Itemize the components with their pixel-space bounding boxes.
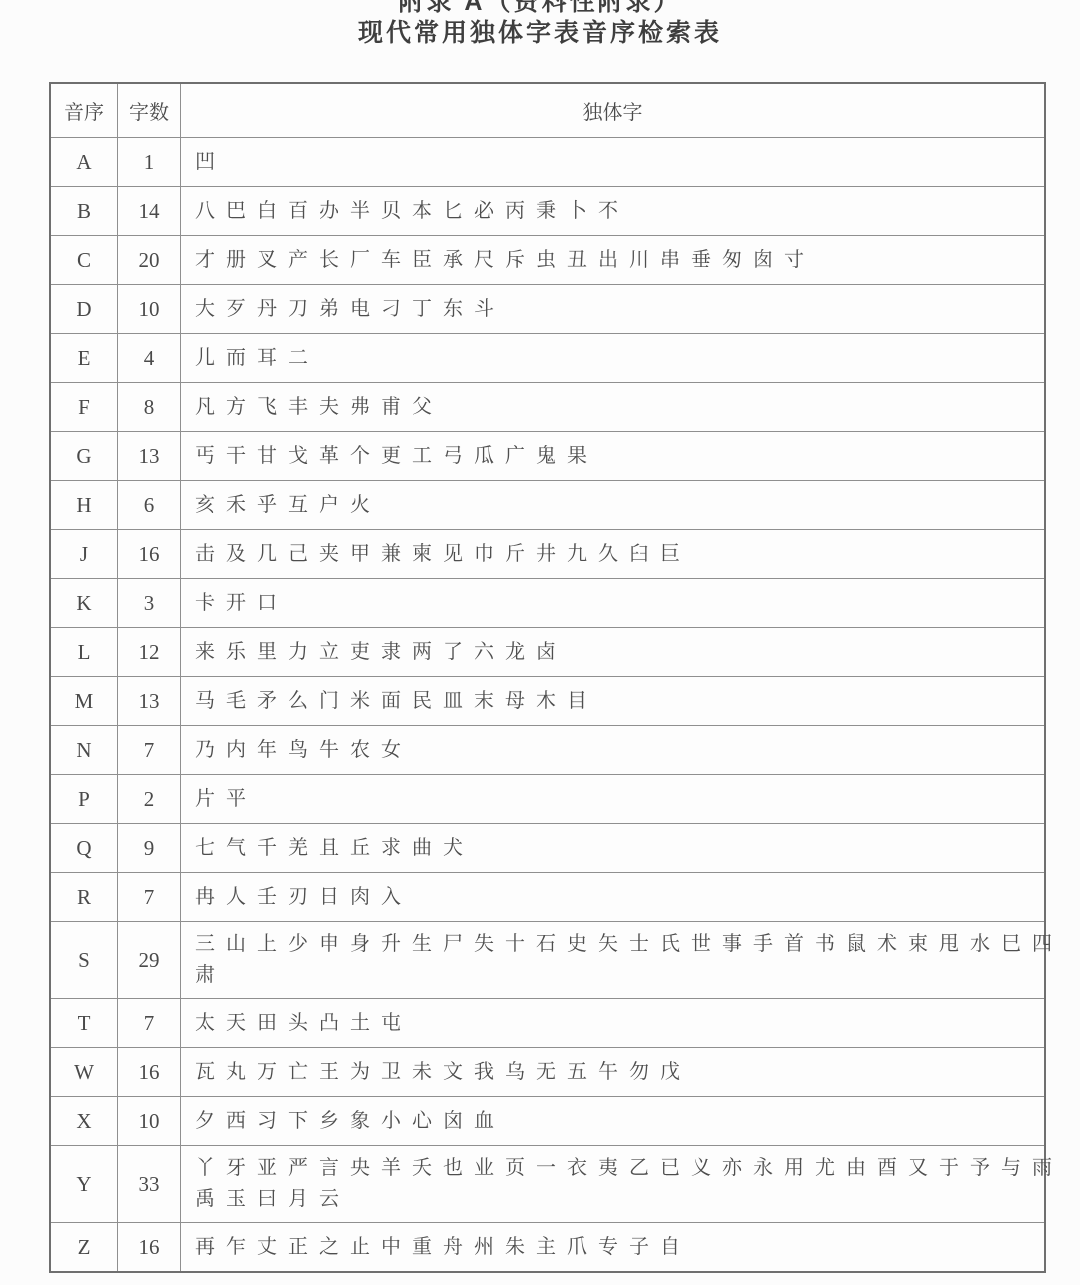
char-list: 凡 方 飞 丰 夫 弗 甫 父: [181, 383, 1044, 431]
char-count: 33: [118, 1146, 181, 1222]
pinyin-letter: E: [51, 334, 118, 382]
pinyin-letter: Z: [51, 1223, 118, 1271]
char-list: 乃 内 年 鸟 牛 农 女: [181, 726, 1044, 774]
pinyin-letter: H: [51, 481, 118, 529]
char-count: 16: [118, 1048, 181, 1096]
char-list: 瓦 丸 万 亡 王 为 卫 未 文 我 乌 无 五 午 勿 戊: [181, 1048, 1044, 1096]
table-title: 现代常用独体字表音序检索表: [0, 18, 1080, 49]
char-count: 20: [118, 236, 181, 284]
char-line: 再 乍 丈 正 之 止 中 重 舟 州 朱 主 爪 专 子 自: [195, 1232, 682, 1263]
char-line: 凹: [195, 147, 217, 178]
char-list: 三 山 上 少 申 身 升 生 尸 失 十 石 史 矢 士 氏 世 事 手 首 …: [181, 922, 1054, 998]
char-list: 冉 人 壬 刃 日 肉 入: [181, 873, 1044, 921]
char-count: 10: [118, 285, 181, 333]
pinyin-letter: B: [51, 187, 118, 235]
appendix-title: 附录 A（资料性附录）: [0, 0, 1080, 18]
pinyin-letter: Q: [51, 824, 118, 872]
table-row-R: R7冉 人 壬 刃 日 肉 入: [51, 873, 1044, 922]
char-count: 8: [118, 383, 181, 431]
char-line: 才 册 叉 产 长 厂 车 臣 承 尺 斥 虫 丑 出 川 串 垂 匆 囱 寸: [195, 245, 806, 276]
char-line: 儿 而 耳 二: [195, 343, 310, 374]
char-count: 12: [118, 628, 181, 676]
pinyin-letter: P: [51, 775, 118, 823]
char-list: 再 乍 丈 正 之 止 中 重 舟 州 朱 主 爪 专 子 自: [181, 1223, 1044, 1271]
char-list: 大 歹 丹 刀 弟 电 刁 丁 东 斗: [181, 285, 1044, 333]
pinyin-letter: D: [51, 285, 118, 333]
pinyin-letter: A: [51, 138, 118, 186]
char-list: 来 乐 里 力 立 吏 隶 两 了 六 龙 卤: [181, 628, 1044, 676]
char-count: 10: [118, 1097, 181, 1145]
table-header-row: 音序 字数 独体字: [51, 84, 1044, 138]
table-row-H: H6亥 禾 乎 互 户 火: [51, 481, 1044, 530]
char-line: 夕 西 习 下 乡 象 小 心 囟 血: [195, 1106, 496, 1137]
pinyin-letter: G: [51, 432, 118, 480]
table-row-X: X10夕 西 习 下 乡 象 小 心 囟 血: [51, 1097, 1044, 1146]
column-header-pinyin-order: 音序: [51, 84, 118, 137]
table-row-J: J16击 及 几 己 夹 甲 兼 柬 见 巾 斤 井 九 久 臼 巨: [51, 530, 1044, 579]
char-count: 16: [118, 530, 181, 578]
char-list: 马 毛 矛 么 门 米 面 民 皿 末 母 木 目: [181, 677, 1044, 725]
table-row-F: F8凡 方 飞 丰 夫 弗 甫 父: [51, 383, 1044, 432]
pinyin-letter: C: [51, 236, 118, 284]
char-list: 太 天 田 头 凸 土 屯: [181, 999, 1044, 1047]
pinyin-letter: F: [51, 383, 118, 431]
char-list: 儿 而 耳 二: [181, 334, 1044, 382]
table-row-Q: Q9七 气 千 羌 且 丘 求 曲 犬: [51, 824, 1044, 873]
char-index-table: 音序 字数 独体字 A1凹B14八 巴 白 百 办 半 贝 本 匕 必 丙 秉 …: [49, 82, 1046, 1273]
table-row-S: S29三 山 上 少 申 身 升 生 尸 失 十 石 史 矢 士 氏 世 事 手…: [51, 922, 1044, 999]
char-line: 八 巴 白 百 办 半 贝 本 匕 必 丙 秉 卜 不: [195, 196, 620, 227]
char-count: 13: [118, 432, 181, 480]
table-row-C: C20才 册 叉 产 长 厂 车 臣 承 尺 斥 虫 丑 出 川 串 垂 匆 囱…: [51, 236, 1044, 285]
char-count: 9: [118, 824, 181, 872]
table-row-K: K3卡 开 口: [51, 579, 1044, 628]
char-count: 2: [118, 775, 181, 823]
column-header-single-chars: 独体字: [181, 84, 1044, 137]
char-line: 来 乐 里 力 立 吏 隶 两 了 六 龙 卤: [195, 637, 558, 668]
table-row-M: M13马 毛 矛 么 门 米 面 民 皿 末 母 木 目: [51, 677, 1044, 726]
table-row-L: L12来 乐 里 力 立 吏 隶 两 了 六 龙 卤: [51, 628, 1044, 677]
table-row-P: P2片 平: [51, 775, 1044, 824]
char-line: 马 毛 矛 么 门 米 面 民 皿 末 母 木 目: [195, 686, 589, 717]
pinyin-letter: L: [51, 628, 118, 676]
table-row-E: E4儿 而 耳 二: [51, 334, 1044, 383]
char-line: 亥 禾 乎 互 户 火: [195, 490, 372, 521]
table-row-N: N7乃 内 年 鸟 牛 农 女: [51, 726, 1044, 775]
char-list: 片 平: [181, 775, 1044, 823]
table-row-A: A1凹: [51, 138, 1044, 187]
table-row-T: T7太 天 田 头 凸 土 屯: [51, 999, 1044, 1048]
table-row-Z: Z16再 乍 丈 正 之 止 中 重 舟 州 朱 主 爪 专 子 自: [51, 1223, 1044, 1271]
pinyin-letter: W: [51, 1048, 118, 1096]
char-line: 片 平: [195, 784, 248, 815]
char-count: 14: [118, 187, 181, 235]
pinyin-letter: K: [51, 579, 118, 627]
char-list: 亥 禾 乎 互 户 火: [181, 481, 1044, 529]
char-count: 7: [118, 999, 181, 1047]
document-page: 附录 A（资料性附录） 现代常用独体字表音序检索表 音序 字数 独体字 A1凹B…: [0, 0, 1080, 1272]
char-list: 才 册 叉 产 长 厂 车 臣 承 尺 斥 虫 丑 出 川 串 垂 匆 囱 寸: [181, 236, 1044, 284]
pinyin-letter: R: [51, 873, 118, 921]
pinyin-letter: S: [51, 922, 118, 998]
char-line: 丐 干 甘 戈 革 个 更 工 弓 瓜 广 鬼 果: [195, 441, 589, 472]
char-count: 1: [118, 138, 181, 186]
table-row-Y: Y33丫 牙 亚 严 言 央 羊 夭 也 业 页 一 衣 夷 乙 已 义 亦 永…: [51, 1146, 1044, 1223]
char-list: 击 及 几 己 夹 甲 兼 柬 见 巾 斤 井 九 久 臼 巨: [181, 530, 1044, 578]
pinyin-letter: N: [51, 726, 118, 774]
char-line: 冉 人 壬 刃 日 肉 入: [195, 882, 403, 913]
char-line: 凡 方 飞 丰 夫 弗 甫 父: [195, 392, 434, 423]
table-row-W: W16瓦 丸 万 亡 王 为 卫 未 文 我 乌 无 五 午 勿 戊: [51, 1048, 1044, 1097]
column-header-char-count: 字数: [118, 84, 181, 137]
char-list: 夕 西 习 下 乡 象 小 心 囟 血: [181, 1097, 1044, 1145]
char-list: 卡 开 口: [181, 579, 1044, 627]
char-line: 丫 牙 亚 严 言 央 羊 夭 也 业 页 一 衣 夷 乙 已 义 亦 永 用 …: [195, 1153, 1054, 1184]
table-row-G: G13丐 干 甘 戈 革 个 更 工 弓 瓜 广 鬼 果: [51, 432, 1044, 481]
char-line: 乃 内 年 鸟 牛 农 女: [195, 735, 403, 766]
table-row-D: D10大 歹 丹 刀 弟 电 刁 丁 东 斗: [51, 285, 1044, 334]
char-table-body: A1凹B14八 巴 白 百 办 半 贝 本 匕 必 丙 秉 卜 不C20才 册 …: [51, 138, 1044, 1271]
char-line: 卡 开 口: [195, 588, 279, 619]
pinyin-letter: M: [51, 677, 118, 725]
char-count: 16: [118, 1223, 181, 1271]
table-row-B: B14八 巴 白 百 办 半 贝 本 匕 必 丙 秉 卜 不: [51, 187, 1044, 236]
char-count: 29: [118, 922, 181, 998]
char-line: 肃: [195, 960, 217, 991]
char-count: 7: [118, 726, 181, 774]
char-line: 击 及 几 己 夹 甲 兼 柬 见 巾 斤 井 九 久 臼 巨: [195, 539, 682, 570]
document-heading: 附录 A（资料性附录） 现代常用独体字表音序检索表: [0, 0, 1080, 49]
char-count: 3: [118, 579, 181, 627]
char-line: 瓦 丸 万 亡 王 为 卫 未 文 我 乌 无 五 午 勿 戊: [195, 1057, 682, 1088]
char-list: 七 气 千 羌 且 丘 求 曲 犬: [181, 824, 1044, 872]
char-line: 三 山 上 少 申 身 升 生 尸 失 十 石 史 矢 士 氏 世 事 手 首 …: [195, 929, 1054, 960]
char-list: 丐 干 甘 戈 革 个 更 工 弓 瓜 广 鬼 果: [181, 432, 1044, 480]
char-line: 太 天 田 头 凸 土 屯: [195, 1008, 403, 1039]
char-line: 七 气 千 羌 且 丘 求 曲 犬: [195, 833, 465, 864]
char-list: 凹: [181, 138, 1044, 186]
char-list: 丫 牙 亚 严 言 央 羊 夭 也 业 页 一 衣 夷 乙 已 义 亦 永 用 …: [181, 1146, 1054, 1222]
char-line: 禹 玉 曰 月 云: [195, 1184, 341, 1215]
pinyin-letter: X: [51, 1097, 118, 1145]
char-line: 大 歹 丹 刀 弟 电 刁 丁 东 斗: [195, 294, 496, 325]
pinyin-letter: T: [51, 999, 118, 1047]
char-count: 4: [118, 334, 181, 382]
char-count: 6: [118, 481, 181, 529]
pinyin-letter: Y: [51, 1146, 118, 1222]
char-count: 13: [118, 677, 181, 725]
char-list: 八 巴 白 百 办 半 贝 本 匕 必 丙 秉 卜 不: [181, 187, 1044, 235]
pinyin-letter: J: [51, 530, 118, 578]
char-count: 7: [118, 873, 181, 921]
